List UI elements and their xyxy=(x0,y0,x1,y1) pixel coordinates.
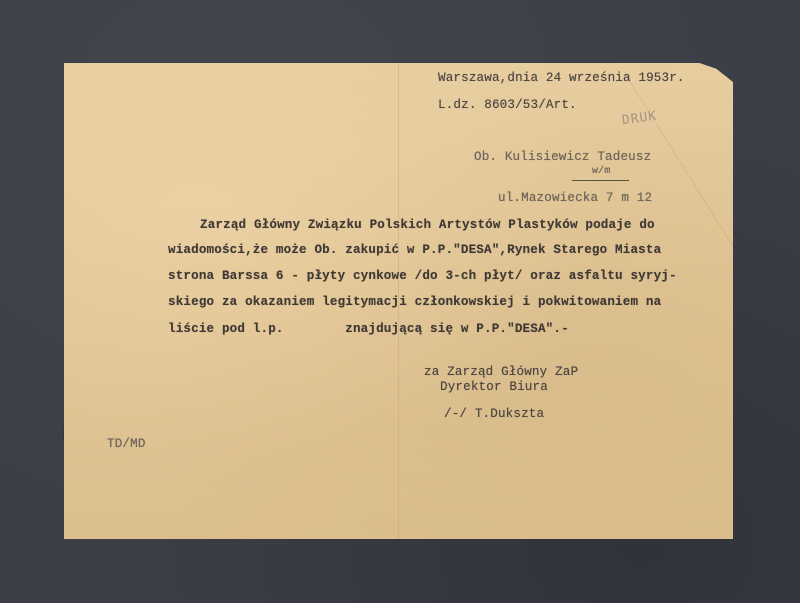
body-line-4: skiego za okazaniem legitymacji członkow… xyxy=(168,295,661,309)
addressee-name: Ob. Kulisiewicz Tadeusz xyxy=(474,150,651,164)
place-date: Warszawa,dnia 24 września 1953r. xyxy=(438,71,685,85)
signature-name: /-/ T.Dukszta xyxy=(444,407,544,421)
addressee-street: ul.Mazowiecka 7 m 12 xyxy=(498,191,652,205)
druk-stamp: DRUK xyxy=(621,109,658,129)
body-line-3: strona Barssa 6 - płyty cynkowe /do 3-ch… xyxy=(168,269,677,283)
letter-paper: Warszawa,dnia 24 września 1953r. L.dz. 8… xyxy=(64,63,733,539)
body-line-1: Zarząd Główny Związku Polskich Artystów … xyxy=(200,218,655,232)
body-line-2: wiadomości,że może Ob. zakupić w P.P."DE… xyxy=(168,243,661,257)
reference-number: L.dz. 8603/53/Art. xyxy=(438,98,577,112)
addressee-locality: w/m xyxy=(592,166,610,177)
locality-underline xyxy=(572,180,629,181)
signature-org: za Zarząd Główny ZaP xyxy=(424,365,578,379)
typist-initials: TD/MD xyxy=(107,437,146,451)
body-line-5: liście pod l.p. znajdującą się w P.P."DE… xyxy=(168,322,569,336)
signature-title: Dyrektor Biura xyxy=(440,380,548,394)
